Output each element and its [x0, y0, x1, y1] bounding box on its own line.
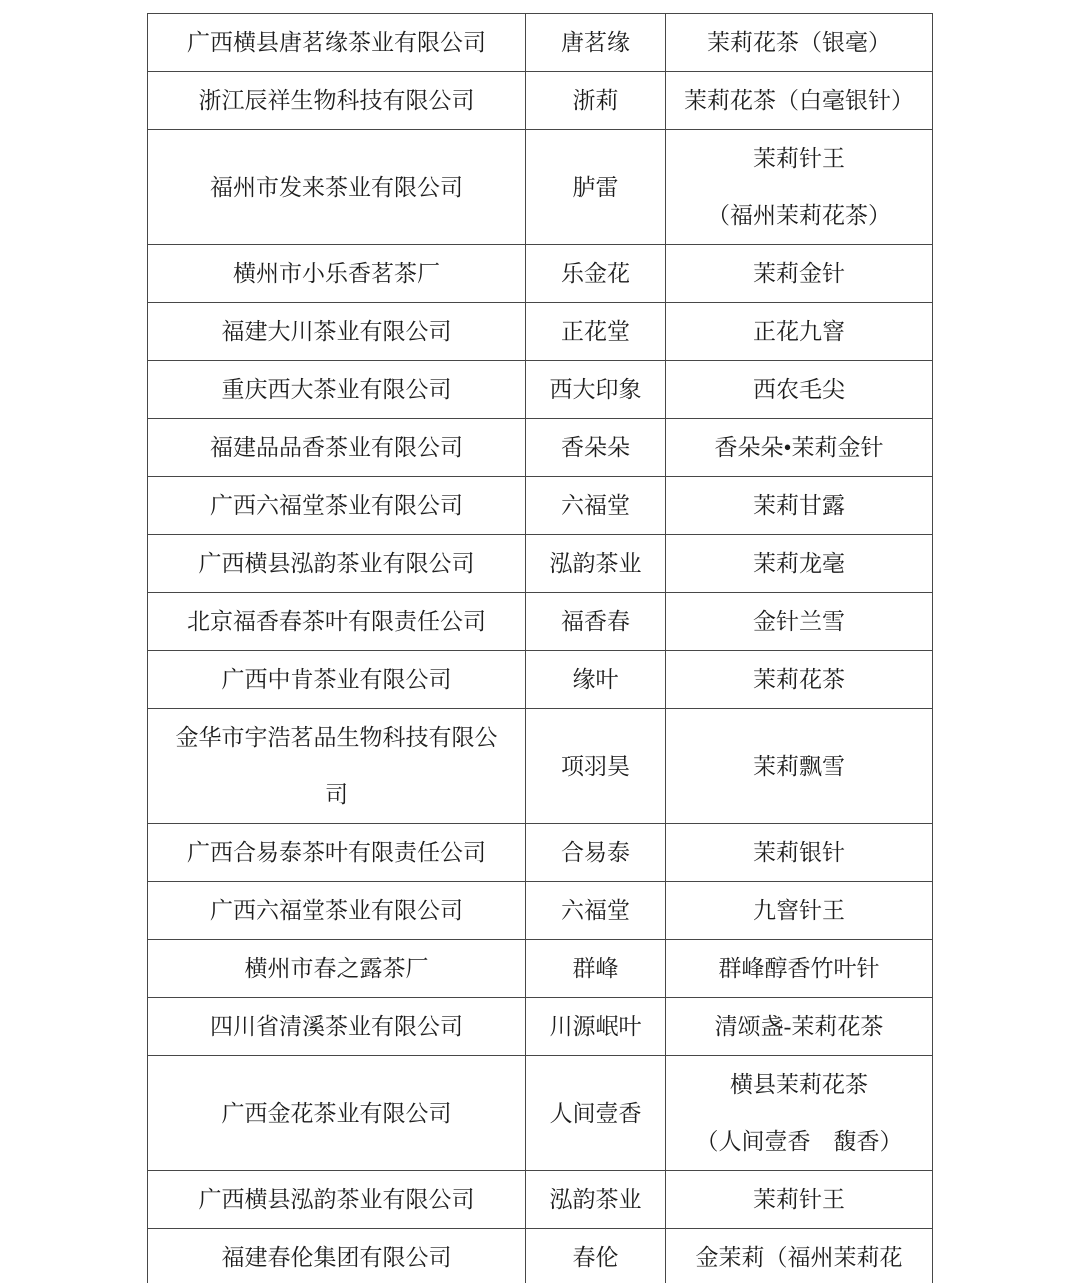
- brand-cell: 福香春: [526, 593, 666, 651]
- table-row: 横州市春之露茶厂 群峰 群峰醇香竹叶针: [148, 940, 933, 998]
- brand-cell: 泓韵茶业: [526, 535, 666, 593]
- brand-cell: 群峰: [526, 940, 666, 998]
- brand-cell: 唐茗缘: [526, 14, 666, 72]
- brand-cell: 胪雷: [526, 130, 666, 245]
- product-cell: 茉莉花茶（银毫）: [666, 14, 933, 72]
- product-cell: 香朵朵•茉莉金针: [666, 419, 933, 477]
- table-row: 北京福香春茶叶有限责任公司 福香春 金针兰雪: [148, 593, 933, 651]
- brand-cell: 缘叶: [526, 651, 666, 709]
- product-cell: 金针兰雪: [666, 593, 933, 651]
- product-cell: 茉莉飘雪: [666, 709, 933, 824]
- company-cell: 广西六福堂茶业有限公司: [148, 477, 526, 535]
- tea-table-body: 广西横县唐茗缘茶业有限公司 唐茗缘 茉莉花茶（银毫） 浙江辰祥生物科技有限公司 …: [148, 14, 933, 1283]
- brand-cell: 浙莉: [526, 72, 666, 130]
- brand-cell: 合易泰: [526, 824, 666, 882]
- company-cell: 福建大川茶业有限公司: [148, 303, 526, 361]
- table-row: 广西横县唐茗缘茶业有限公司 唐茗缘 茉莉花茶（银毫）: [148, 14, 933, 72]
- company-cell: 横州市春之露茶厂: [148, 940, 526, 998]
- product-cell: 茉莉金针: [666, 245, 933, 303]
- company-cell: 广西中肯茶业有限公司: [148, 651, 526, 709]
- table-row: 广西中肯茶业有限公司 缘叶 茉莉花茶: [148, 651, 933, 709]
- table-row: 广西横县泓韵茶业有限公司 泓韵茶业 茉莉针王: [148, 1171, 933, 1229]
- table-row: 四川省清溪茶业有限公司 川源岷叶 清颂盏-茉莉花茶: [148, 998, 933, 1056]
- product-cell: 西农毛尖: [666, 361, 933, 419]
- tea-brand-table: 广西横县唐茗缘茶业有限公司 唐茗缘 茉莉花茶（银毫） 浙江辰祥生物科技有限公司 …: [147, 13, 933, 1283]
- product-cell: 横县茉莉花茶 （人间壹香 馥香）: [666, 1056, 933, 1171]
- table-row: 浙江辰祥生物科技有限公司 浙莉 茉莉花茶（白毫银针）: [148, 72, 933, 130]
- product-cell: 正花九窨: [666, 303, 933, 361]
- table-row: 横州市小乐香茗茶厂 乐金花 茉莉金针: [148, 245, 933, 303]
- company-cell: 福建品品香茶业有限公司: [148, 419, 526, 477]
- company-cell: 金华市宇浩茗品生物科技有限公 司: [148, 709, 526, 824]
- product-cell: 茉莉甘露: [666, 477, 933, 535]
- product-cell: 茉莉针王: [666, 1171, 933, 1229]
- table-row: 广西金花茶业有限公司 人间壹香 横县茉莉花茶 （人间壹香 馥香）: [148, 1056, 933, 1171]
- document-page: 广西横县唐茗缘茶业有限公司 唐茗缘 茉莉花茶（银毫） 浙江辰祥生物科技有限公司 …: [0, 0, 1080, 1283]
- brand-cell: 人间壹香: [526, 1056, 666, 1171]
- product-cell: 茉莉花茶（白毫银针）: [666, 72, 933, 130]
- brand-cell: 乐金花: [526, 245, 666, 303]
- product-cell: 群峰醇香竹叶针: [666, 940, 933, 998]
- company-cell: 重庆西大茶业有限公司: [148, 361, 526, 419]
- company-cell: 广西六福堂茶业有限公司: [148, 882, 526, 940]
- table-row: 福州市发来茶业有限公司 胪雷 茉莉针王 （福州茉莉花茶）: [148, 130, 933, 245]
- table-row: 福建品品香茶业有限公司 香朵朵 香朵朵•茉莉金针: [148, 419, 933, 477]
- table-row: 福建春伦集团有限公司 春伦 金茉莉（福州茉莉花: [148, 1229, 933, 1283]
- brand-cell: 泓韵茶业: [526, 1171, 666, 1229]
- company-cell: 广西横县泓韵茶业有限公司: [148, 1171, 526, 1229]
- brand-cell: 六福堂: [526, 882, 666, 940]
- table-row: 重庆西大茶业有限公司 西大印象 西农毛尖: [148, 361, 933, 419]
- product-cell: 金茉莉（福州茉莉花: [666, 1229, 933, 1283]
- table-row: 广西合易泰茶叶有限责任公司 合易泰 茉莉银针: [148, 824, 933, 882]
- table-row: 广西六福堂茶业有限公司 六福堂 茉莉甘露: [148, 477, 933, 535]
- company-cell: 广西横县唐茗缘茶业有限公司: [148, 14, 526, 72]
- brand-cell: 川源岷叶: [526, 998, 666, 1056]
- product-cell: 九窨针王: [666, 882, 933, 940]
- company-cell: 广西合易泰茶叶有限责任公司: [148, 824, 526, 882]
- company-cell: 福州市发来茶业有限公司: [148, 130, 526, 245]
- product-cell: 茉莉花茶: [666, 651, 933, 709]
- product-cell: 茉莉银针: [666, 824, 933, 882]
- company-cell: 浙江辰祥生物科技有限公司: [148, 72, 526, 130]
- brand-cell: 项羽昊: [526, 709, 666, 824]
- brand-cell: 香朵朵: [526, 419, 666, 477]
- company-cell: 广西金花茶业有限公司: [148, 1056, 526, 1171]
- table-row: 金华市宇浩茗品生物科技有限公 司 项羽昊 茉莉飘雪: [148, 709, 933, 824]
- product-cell: 茉莉龙毫: [666, 535, 933, 593]
- table-row: 福建大川茶业有限公司 正花堂 正花九窨: [148, 303, 933, 361]
- brand-cell: 春伦: [526, 1229, 666, 1283]
- table-row: 广西六福堂茶业有限公司 六福堂 九窨针王: [148, 882, 933, 940]
- company-cell: 广西横县泓韵茶业有限公司: [148, 535, 526, 593]
- company-cell: 横州市小乐香茗茶厂: [148, 245, 526, 303]
- company-cell: 四川省清溪茶业有限公司: [148, 998, 526, 1056]
- table-row: 广西横县泓韵茶业有限公司 泓韵茶业 茉莉龙毫: [148, 535, 933, 593]
- company-cell: 福建春伦集团有限公司: [148, 1229, 526, 1283]
- product-cell: 清颂盏-茉莉花茶: [666, 998, 933, 1056]
- brand-cell: 正花堂: [526, 303, 666, 361]
- product-cell: 茉莉针王 （福州茉莉花茶）: [666, 130, 933, 245]
- brand-cell: 六福堂: [526, 477, 666, 535]
- brand-cell: 西大印象: [526, 361, 666, 419]
- company-cell: 北京福香春茶叶有限责任公司: [148, 593, 526, 651]
